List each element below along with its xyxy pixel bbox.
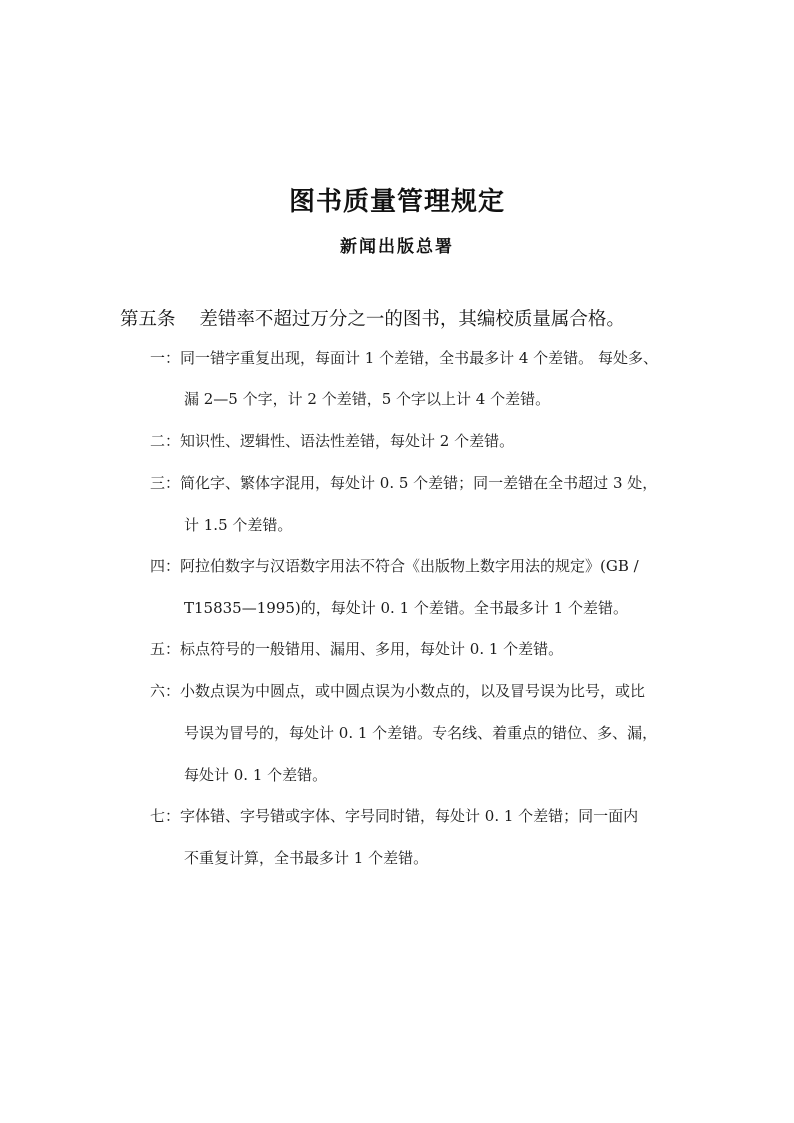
document-title: 图书质量管理规定: [0, 181, 794, 218]
item-text: 小数点误为中圆点，或中圆点误为小数点的，以及冒号误为比号，或比: [180, 682, 645, 700]
list-item-6: 六：小数点误为中圆点，或中圆点误为小数点的，以及冒号误为比号，或比: [150, 680, 645, 701]
list-item-6-cont-2: 每处计 0. 1 个差错。: [184, 764, 327, 785]
item-text: 简化字、繁体字混用，每处计 0. 5 个差错；同一差错在全书超过 3 处，: [180, 474, 657, 492]
list-item-2: 二：知识性、逻辑性、语法性差错，每处计 2 个差错。: [150, 430, 514, 451]
list-item-5: 五：标点符号的一般错用、漏用、多用，每处计 0. 1 个差错。: [150, 638, 563, 659]
item-text: 标点符号的一般错用、漏用、多用，每处计 0. 1 个差错。: [180, 640, 563, 658]
item-text: 知识性、逻辑性、语法性差错，每处计 2 个差错。: [180, 432, 514, 450]
list-item-1-cont: 漏 2—5 个字，计 2 个差错，5 个字以上计 4 个差错。: [184, 388, 550, 409]
item-label: 二：: [150, 432, 180, 450]
list-item-7-cont: 不重复计算，全书最多计 1 个差错。: [184, 847, 428, 868]
item-label: 一：: [150, 349, 180, 367]
article-heading: 第五条 差错率不超过万分之一的图书，其编校质量属合格。: [120, 305, 625, 331]
item-text: 字体错、字号错或字体、字号同时错，每处计 0. 1 个差错；同一面内: [180, 807, 638, 825]
article-heading-text: 差错率不超过万分之一的图书，其编校质量属合格。: [199, 309, 625, 330]
list-item-6-cont-1: 号误为冒号的，每处计 0. 1 个差错。专名线、着重点的错位、多、漏，: [184, 722, 657, 743]
item-text: 阿拉伯数字与汉语数字用法不符合《出版物上数字用法的规定》(GB /: [180, 557, 639, 575]
list-item-1: 一：同一错字重复出现，每面计 1 个差错，全书最多计 4 个差错。 每处多、: [150, 347, 658, 368]
article-number: 第五条: [120, 309, 176, 330]
item-label: 七：: [150, 807, 180, 825]
list-item-4-cont: T15835—1995)的，每处计 0. 1 个差错。全书最多计 1 个差错。: [184, 597, 628, 618]
list-item-3-cont: 计 1.5 个差错。: [184, 514, 292, 535]
document-issuer: 新闻出版总署: [0, 232, 794, 257]
list-item-7: 七：字体错、字号错或字体、字号同时错，每处计 0. 1 个差错；同一面内: [150, 805, 638, 826]
list-item-4: 四：阿拉伯数字与汉语数字用法不符合《出版物上数字用法的规定》(GB /: [150, 555, 639, 576]
item-text: 同一错字重复出现，每面计 1 个差错，全书最多计 4 个差错。 每处多、: [180, 349, 658, 367]
item-label: 六：: [150, 682, 180, 700]
item-label: 三：: [150, 474, 180, 492]
list-item-3: 三：简化字、繁体字混用，每处计 0. 5 个差错；同一差错在全书超过 3 处，: [150, 472, 657, 493]
item-label: 五：: [150, 640, 180, 658]
item-label: 四：: [150, 557, 180, 575]
